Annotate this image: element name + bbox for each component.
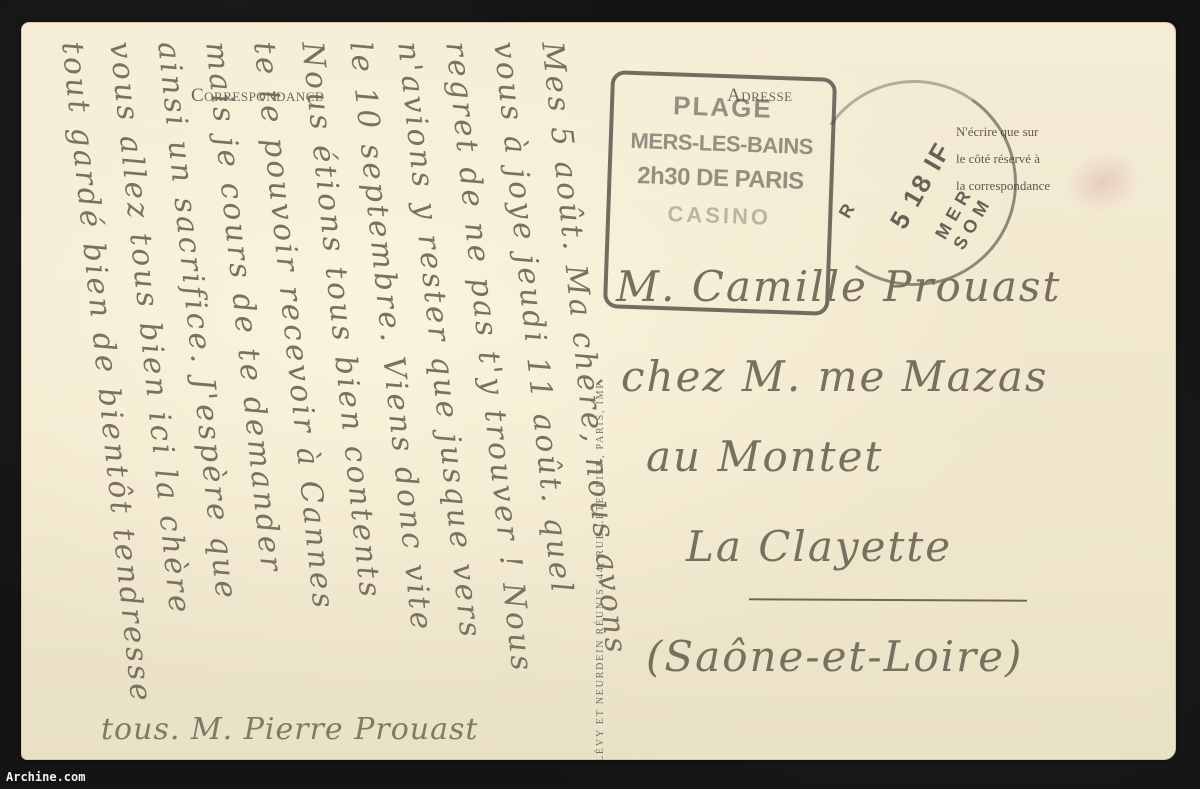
slogan-line: CASINO <box>610 199 829 233</box>
slogan-line: 2h30 DE PARIS <box>611 161 830 197</box>
printer-imprint: LÉVY ET NEURDEIN RÉUNIS, 44, RUE LETELLI… <box>595 378 606 760</box>
slogan-line: PLAGE <box>614 88 833 127</box>
signature: tous. M. Pierre Prouast <box>101 712 478 747</box>
correspondence-area: Mes 5 août. Ma chère, nous avons vous à … <box>21 22 596 760</box>
watermark: Archine.com <box>6 770 85 784</box>
address-underline <box>749 598 1027 601</box>
slogan-line: MERS-LES-BAINS <box>612 127 831 161</box>
paper-stain <box>1058 141 1149 223</box>
address-town: La Clayette <box>686 522 952 571</box>
address-recipient: M. Camille Prouast <box>616 262 1061 311</box>
address-department: (Saône-et-Loire) <box>646 632 1023 681</box>
postcard-back: Mes 5 août. Ma chère, nous avons vous à … <box>21 22 1176 760</box>
address-locality: au Montet <box>646 432 883 481</box>
postmark-top-text: R <box>835 195 863 222</box>
correspondence-header: Correspondance <box>191 85 323 107</box>
address-care-of: chez M. me Mazas <box>621 352 1048 401</box>
